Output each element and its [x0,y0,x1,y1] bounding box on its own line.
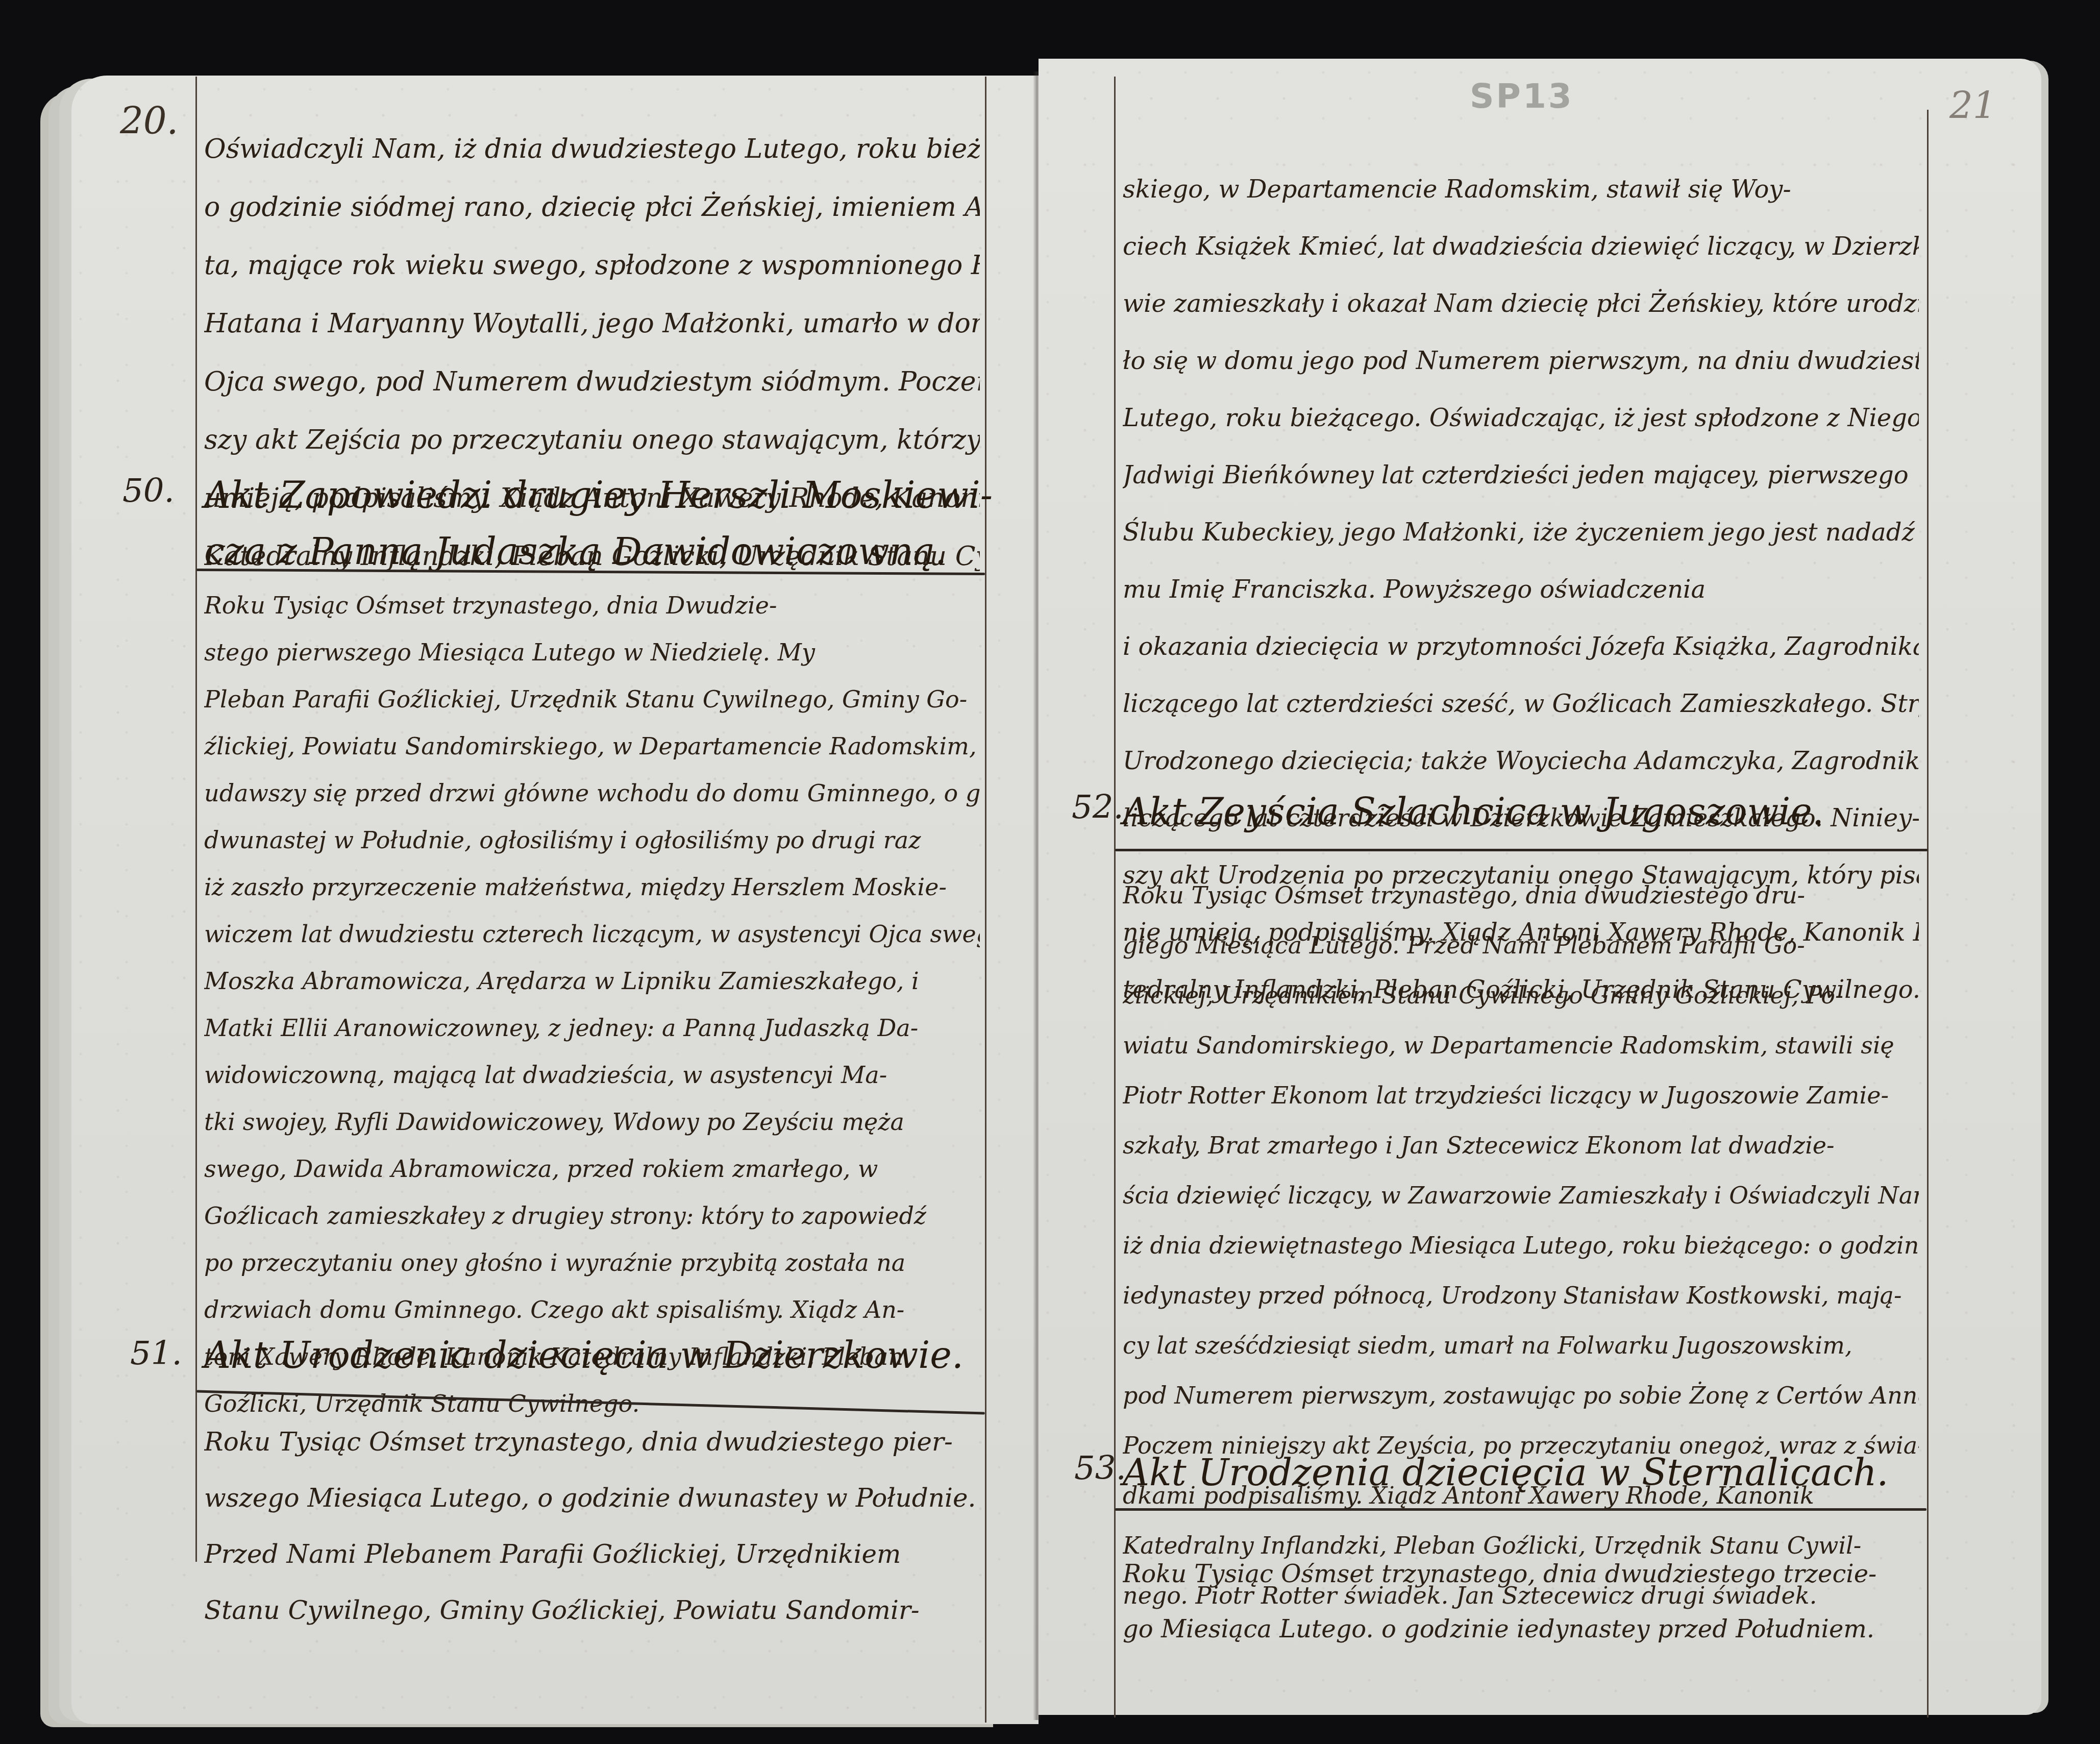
record-body-50: Roku Tysiąc Ośmset trzynastego, dnia Dwu… [204,582,980,1427]
archive-stamp: SP13 [1470,77,1574,116]
text-line: stego pierwszego Miesiąca Lutego w Niedz… [204,629,980,676]
text-line: udawszy się przed drzwi główne wchodu do… [204,770,980,817]
text-line: ło się w domu jego pod Numerem pierwszym… [1123,332,1919,389]
text-line: szkały, Brat zmarłego i Jan Sztecewicz E… [1123,1120,1919,1170]
text-line: Roku Tysiąc Ośmset trzynastego, dnia dwu… [204,1414,980,1470]
record-number-50: 50. [122,472,175,510]
left-page-number: 20. [120,100,179,142]
record-number-52: 52. [1072,789,1124,826]
text-line: Stanu Cywilnego, Gminy Goźlickiej, Powia… [204,1582,980,1638]
text-line: Urodzonego dziecięcia; także Woyciecha A… [1123,732,1919,790]
text-line: źlickiej, Urzędnikiem Stanu Cywilnego Gm… [1123,970,1919,1020]
text-line: swego, Dawida Abramowicza, przed rokiem … [204,1145,980,1192]
text-line: Roku Tysiąc Ośmset trzynastego, dnia dwu… [1123,1546,1919,1602]
text-line: Roku Tysiąc Ośmset trzynastego, dnia dwu… [1123,870,1919,920]
text-line: po przeczytaniu oney głośno i wyraźnie p… [204,1239,980,1286]
heading-line: Akt Zapowiedzi drugiey Herszli Moskiewi- [204,467,980,523]
right-page-number: 21 [1949,84,1996,127]
text-line: Oświadczyli Nam, iż dnia dwudziestego Lu… [204,120,980,178]
text-line: Pleban Parafii Goźlickiej, Urzędnik Stan… [204,676,980,723]
text-line: widowiczowną, mającą lat dwadzieścia, w … [204,1051,980,1098]
text-line: ciech Książek Kmieć, lat dwadzieścia dzi… [1123,218,1919,275]
text-line: Moszka Abramowicza, Arędarza w Lipniku Z… [204,957,980,1004]
record-separator [1115,849,1928,851]
right-right-margin-rule [1927,110,1929,1717]
record-body-51: Roku Tysiąc Ośmset trzynastego, dnia dwu… [204,1414,980,1638]
left-right-margin-rule [985,77,986,1723]
text-line: Przed Nami Plebanem Parafii Goźlickiej, … [204,1526,980,1582]
text-line: Roku Tysiąc Ośmset trzynastego, dnia Dwu… [204,582,980,629]
text-line: i okazania dziecięcia w przytomności Józ… [1123,618,1919,675]
text-line: go Miesiąca Lutego. o godzinie iedynaste… [1123,1602,1919,1657]
record-heading-51: Akt Urodzenia dziecięcia w Dzierzkowie. [204,1327,980,1383]
text-line: Hatana i Maryanny Woytalli, jego Małżonk… [204,294,980,353]
text-line: Ślubu Kubeckiey, jego Małżonki, iże życz… [1123,504,1919,561]
text-line: skiego, w Departamencie Radomskim, stawi… [1123,161,1919,218]
text-line: pod Numerem pierwszym, zostawując po sob… [1123,1370,1919,1420]
heading-line: Akt Urodzenia dziecięcia w Dzierzkowie. [204,1327,980,1383]
text-line: szy akt Zejścia po przeczytaniu onego st… [204,411,980,469]
text-line: iedynastey przed północą, Urodzony Stani… [1123,1270,1919,1320]
record-heading-50: Akt Zapowiedzi drugiey Herszli Moskiewi-… [204,467,980,579]
text-line: Lutego, roku bieżącego. Oświadczając, iż… [1123,389,1919,447]
text-line: Matki Ellii Aranowiczowney, z jedney: a … [204,1004,980,1051]
record-heading-52: Akt Zeyścia Szlachcica w Jugoszowie. [1123,783,1919,840]
text-line: o godzinie siódmej rano, dziecię płci Że… [204,178,980,236]
text-line: iż dnia dziewiętnastego Miesiąca Lutego,… [1123,1220,1919,1270]
text-line: giego Miesiąca Lutego. Przed Nami Pleban… [1123,920,1919,970]
text-line: Piotr Rotter Ekonom lat trzydzieści licz… [1123,1070,1919,1120]
text-line: drzwiach domu Gminnego. Czego akt spisal… [204,1286,980,1333]
heading-line: Akt Urodzenia dziecięcia w Sternalicach. [1123,1444,1919,1501]
text-line: Jadwigi Bieńkówney lat czterdzieści jede… [1123,447,1919,504]
record-heading-53: Akt Urodzenia dziecięcia w Sternalicach. [1123,1444,1919,1501]
text-line: Goźlicach zamieszkałey z drugiey strony:… [204,1192,980,1239]
text-line: tki swojey, Ryfli Dawidowiczowey, Wdowy … [204,1098,980,1145]
record-number-53: 53. [1074,1450,1126,1487]
record-body-53: Roku Tysiąc Ośmset trzynastego, dnia dwu… [1123,1546,1919,1657]
text-line: ta, mające rok wieku swego, spłodzone z … [204,236,980,294]
text-line: wszego Miesiąca Lutego, o godzinie dwuna… [204,1470,980,1526]
text-line: źlickiej, Powiatu Sandomirskiego, w Depa… [204,723,980,770]
heading-line: Akt Zeyścia Szlachcica w Jugoszowie. [1123,783,1919,840]
left-margin-rule [195,77,197,1562]
open-registry-book: 20. Oświadczyli Nam, iż dnia dwudziesteg… [0,0,2100,1744]
text-line: cy lat sześćdziesiąt siedm, umarł na Fol… [1123,1320,1919,1370]
record-number-51: 51. [130,1335,182,1372]
text-line: iż zaszło przyrzeczenie małżeństwa, międ… [204,864,980,911]
text-line: liczącego lat czterdzieści sześć, w Goźl… [1123,675,1919,732]
record-separator [1115,1508,1926,1511]
text-line: dwunastej w Południe, ogłosiliśmy i ogło… [204,817,980,864]
text-line: ścia dziewięć liczący, w Zawarzowie Zami… [1123,1170,1919,1220]
text-line: wiatu Sandomirskiego, w Departamencie Ra… [1123,1020,1919,1070]
text-line: mu Imię Franciszka. Powyższego oświadcze… [1123,561,1919,618]
text-line: wie zamieszkały i okazał Nam dziecię płc… [1123,275,1919,332]
text-line: wiczem lat dwudziestu czterech liczącym,… [204,911,980,957]
text-line: Ojca swego, pod Numerem dwudziestym siód… [204,353,980,411]
